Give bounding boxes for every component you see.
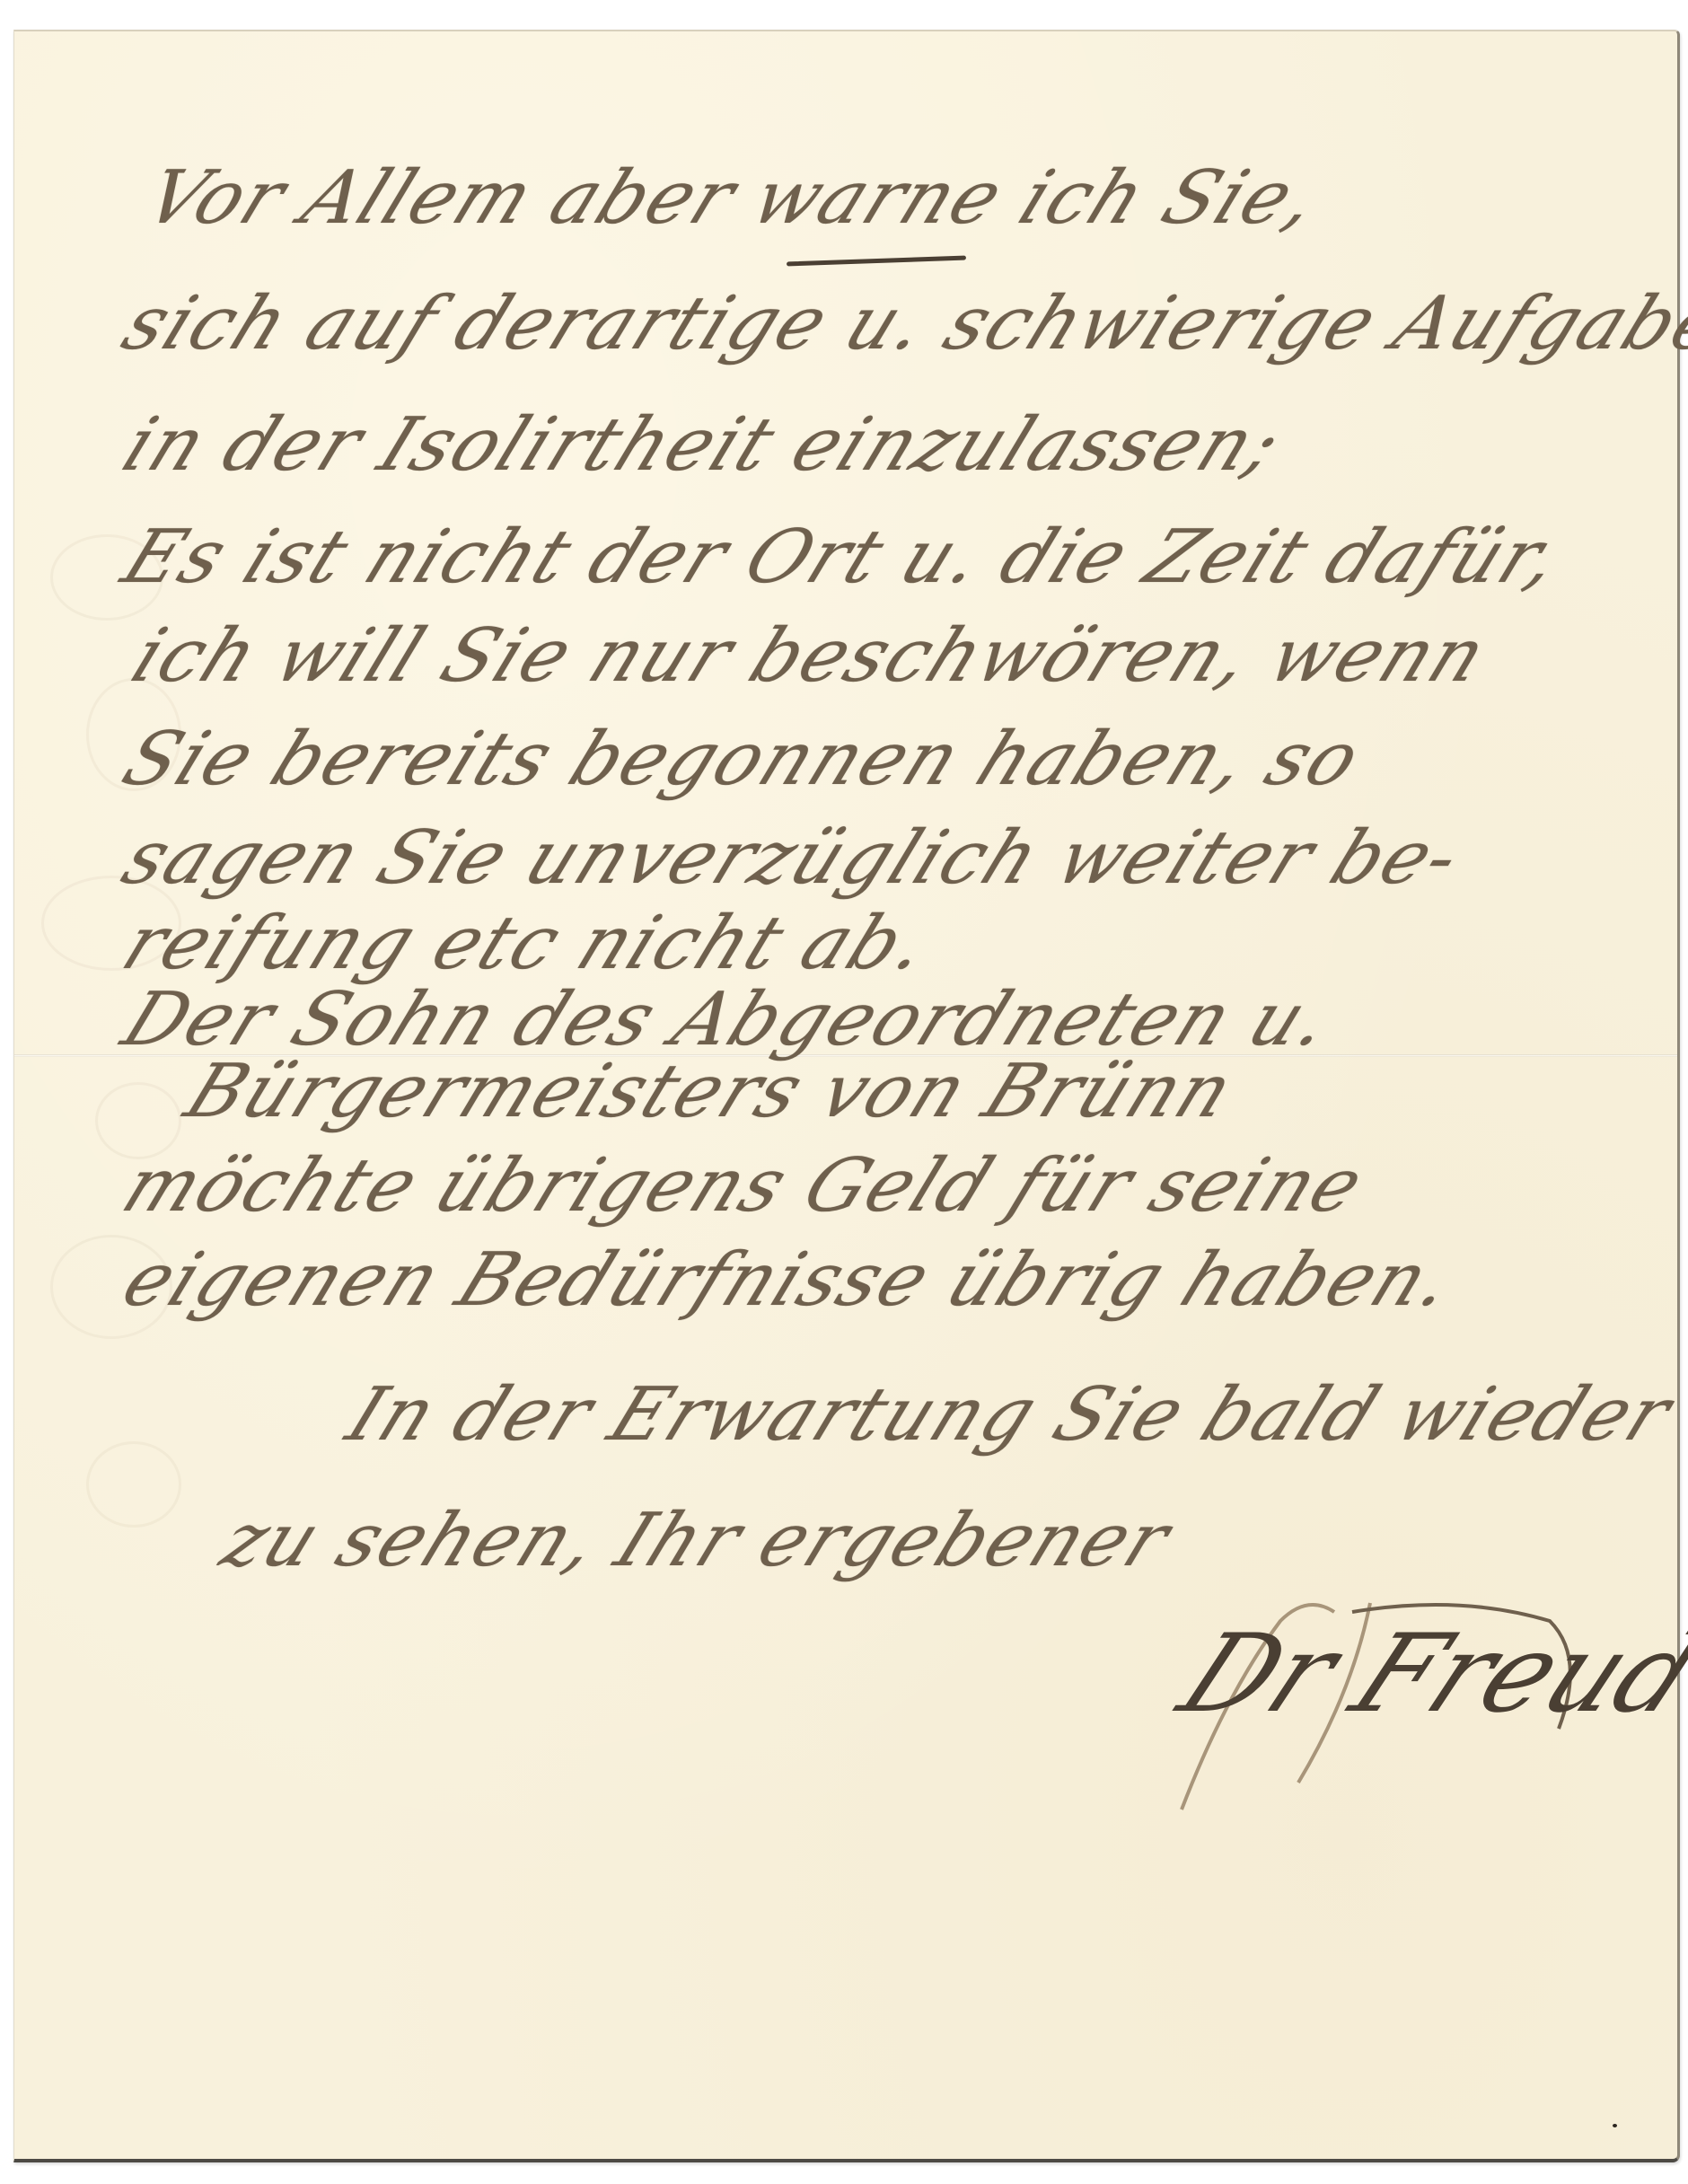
line-text: Es ist nicht der Ort u. die Zeit dafür,	[111, 515, 1575, 600]
letter-line-3: in der Isolirtheit einzulassen;	[113, 409, 1292, 482]
letter-paper: Vor Allem aber warne ich Sie, sich auf d…	[13, 30, 1680, 2162]
line-text: Vor Allem aber warne ich Sie,	[134, 155, 1333, 241]
line-text: eigenen Bedürfnisse übrig haben.	[111, 1237, 1468, 1323]
line-text: In der Erwartung Sie bald wieder	[336, 1372, 1685, 1457]
signature: Dr Freud	[1162, 1612, 1688, 1737]
line-text: reifung etc nicht ab.	[111, 901, 944, 986]
letter-line-6: Sie bereits begonnen haben, so	[113, 723, 1371, 797]
letter-line-13: In der Erwartung Sie bald wieder	[338, 1378, 1682, 1452]
underline-warne	[787, 256, 966, 267]
line-text: in der Isolirtheit einzulassen;	[111, 402, 1296, 488]
letter-line-12: eigenen Bedürfnisse übrig haben.	[113, 1244, 1464, 1317]
line-text: Sie bereits begonnen haben, so	[111, 717, 1374, 802]
letter-line-11: möchte übrigens Geld für seine	[113, 1149, 1375, 1223]
letter-line-2: sich auf derartige u. schwierige Aufgabe…	[113, 287, 1688, 361]
line-text: ich will Sie nur beschwören, wenn	[120, 613, 1500, 699]
line-text: Bürgermeisters von Brünn	[174, 1049, 1247, 1134]
letter-line-1: Vor Allem aber warne ich Sie,	[136, 162, 1330, 235]
letter-line-9: Der Sohn des Abgeordneten u.	[113, 983, 1342, 1057]
letter-line-4: Es ist nicht der Ort u. die Zeit dafür,	[113, 521, 1572, 594]
letter-line-7: sagen Sie unverzüglich weiter be-	[113, 822, 1472, 895]
letter-line-8: reifung etc nicht ab.	[113, 907, 940, 981]
letter-body: Vor Allem aber warne ich Sie, sich auf d…	[14, 31, 1677, 2159]
ink-speck	[1613, 2124, 1617, 2127]
line-text: sagen Sie unverzüglich weiter be-	[111, 815, 1474, 901]
line-text: möchte übrigens Geld für seine	[111, 1143, 1377, 1228]
letter-line-10: Bürgermeisters von Brünn	[176, 1055, 1244, 1129]
line-text: sich auf derartige u. schwierige Aufgabe…	[111, 281, 1688, 366]
line-text: zu sehen, Ihr ergebener	[210, 1498, 1183, 1583]
letter-line-14: zu sehen, Ihr ergebener	[212, 1504, 1181, 1578]
letter-line-5: ich will Sie nur beschwören, wenn	[122, 620, 1497, 693]
